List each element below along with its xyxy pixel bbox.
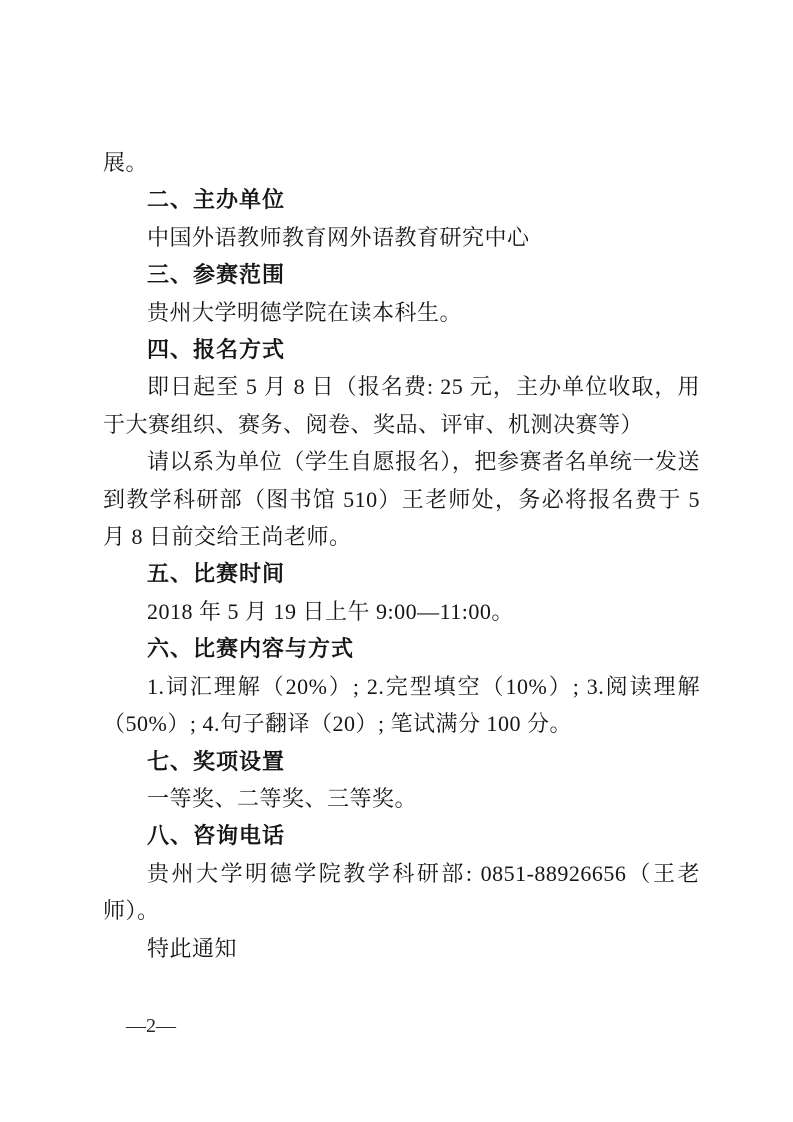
paragraph: 展。 [103, 144, 700, 181]
document-content: 展。二、主办单位中国外语教师教育网外语教育研究中心三、参赛范围贵州大学明德学院在… [103, 144, 700, 967]
section-heading: 五、比赛时间 [103, 555, 700, 592]
paragraph: 一等奖、二等奖、三等奖。 [103, 780, 700, 817]
paragraph: 即日起至 5 月 8 日（报名费: 25 元，主办单位收取，用于大赛组织、赛务、… [103, 368, 700, 443]
section-heading: 三、参赛范围 [103, 256, 700, 293]
paragraph: 请以系为单位（学生自愿报名），把参赛者名单统一发送到教学科研部（图书馆 510）… [103, 443, 700, 555]
page-footer: —2— [126, 1015, 176, 1038]
paragraph: 中国外语教师教育网外语教育研究中心 [103, 219, 700, 256]
page-number: —2— [126, 1015, 176, 1037]
paragraph: 特此通知 [103, 930, 700, 967]
paragraph: 贵州大学明德学院在读本科生。 [103, 294, 700, 331]
section-heading: 四、报名方式 [103, 331, 700, 368]
section-heading: 六、比赛内容与方式 [103, 630, 700, 667]
document-page: 展。二、主办单位中国外语教师教育网外语教育研究中心三、参赛范围贵州大学明德学院在… [0, 0, 793, 1122]
paragraph: 2018 年 5 月 19 日上午 9:00—11:00。 [103, 593, 700, 630]
section-heading: 八、咨询电话 [103, 817, 700, 854]
paragraph: 贵州大学明德学院教学科研部: 0851-88926656（王老师）。 [103, 855, 700, 930]
paragraph: 1.词汇理解（20%）; 2.完型填空（10%）; 3.阅读理解（50%）; 4… [103, 668, 700, 743]
section-heading: 二、主办单位 [103, 181, 700, 218]
section-heading: 七、奖项设置 [103, 743, 700, 780]
